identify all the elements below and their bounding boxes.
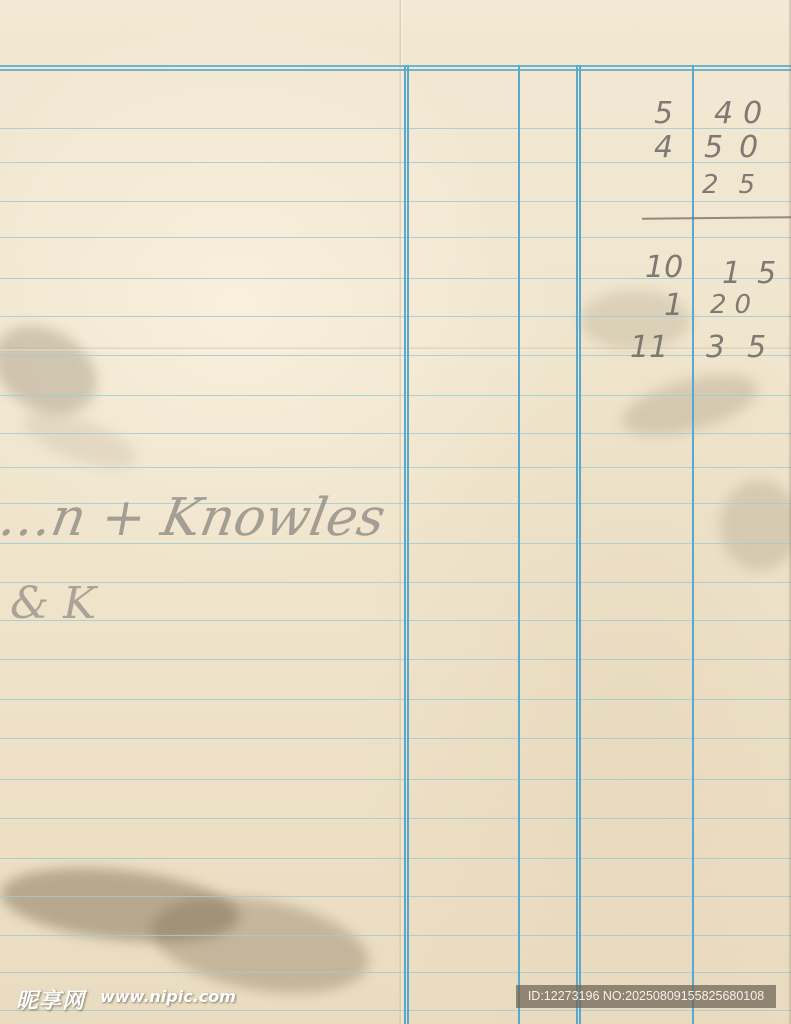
- entry-dollars: 10: [645, 250, 683, 285]
- ruled-line: [0, 858, 791, 859]
- fold-crease-vertical: [399, 0, 403, 1024]
- entry-cents: 15: [722, 256, 791, 291]
- entry-dollars: 1: [664, 288, 683, 323]
- ruled-line: [0, 738, 791, 739]
- ruled-line: [0, 659, 791, 660]
- entry-dollars: 5: [654, 96, 673, 131]
- column-rule-description: [404, 65, 409, 1024]
- ruled-line: [0, 972, 791, 973]
- ruled-line: [0, 818, 791, 819]
- ruled-line: [0, 201, 791, 202]
- ruled-line: [0, 699, 791, 700]
- entry-total-dollars: 11: [630, 330, 668, 365]
- ruled-line: [0, 1010, 791, 1011]
- ruled-line: [0, 620, 791, 621]
- watermark-id-badge: ID:12273196 NO:20250809155825680108: [516, 985, 776, 1008]
- header-double-rule: [0, 65, 791, 71]
- column-rule-folio: [518, 65, 520, 1024]
- column-rule-cents: [692, 65, 694, 1024]
- stain-right-low: [720, 480, 791, 570]
- entry-total-cents: 35: [706, 330, 788, 365]
- ruled-line: [0, 935, 791, 936]
- ruled-line: [0, 355, 791, 356]
- ruled-line: [0, 395, 791, 396]
- ruled-line: [0, 779, 791, 780]
- entry-cents: 40: [714, 96, 772, 131]
- ruled-line: [0, 433, 791, 434]
- watermark-url: www.nipic.com: [100, 987, 236, 1006]
- fold-crease-horizontal: [0, 347, 791, 351]
- entry-dollars: 4: [654, 130, 673, 165]
- ruled-line: [0, 896, 791, 897]
- watermark-logo: 昵享网: [16, 984, 85, 1015]
- column-rule-amount-left: [576, 65, 581, 1024]
- handwritten-initials: & K: [10, 578, 96, 629]
- ruled-line: [0, 237, 791, 238]
- entry-cents: 25: [702, 170, 775, 200]
- entry-cents: 50: [704, 130, 774, 165]
- handwritten-name: …n + Knowles: [0, 488, 390, 548]
- entry-cents: 20: [710, 290, 759, 320]
- ruled-line: [0, 467, 791, 468]
- ruled-line: [0, 582, 791, 583]
